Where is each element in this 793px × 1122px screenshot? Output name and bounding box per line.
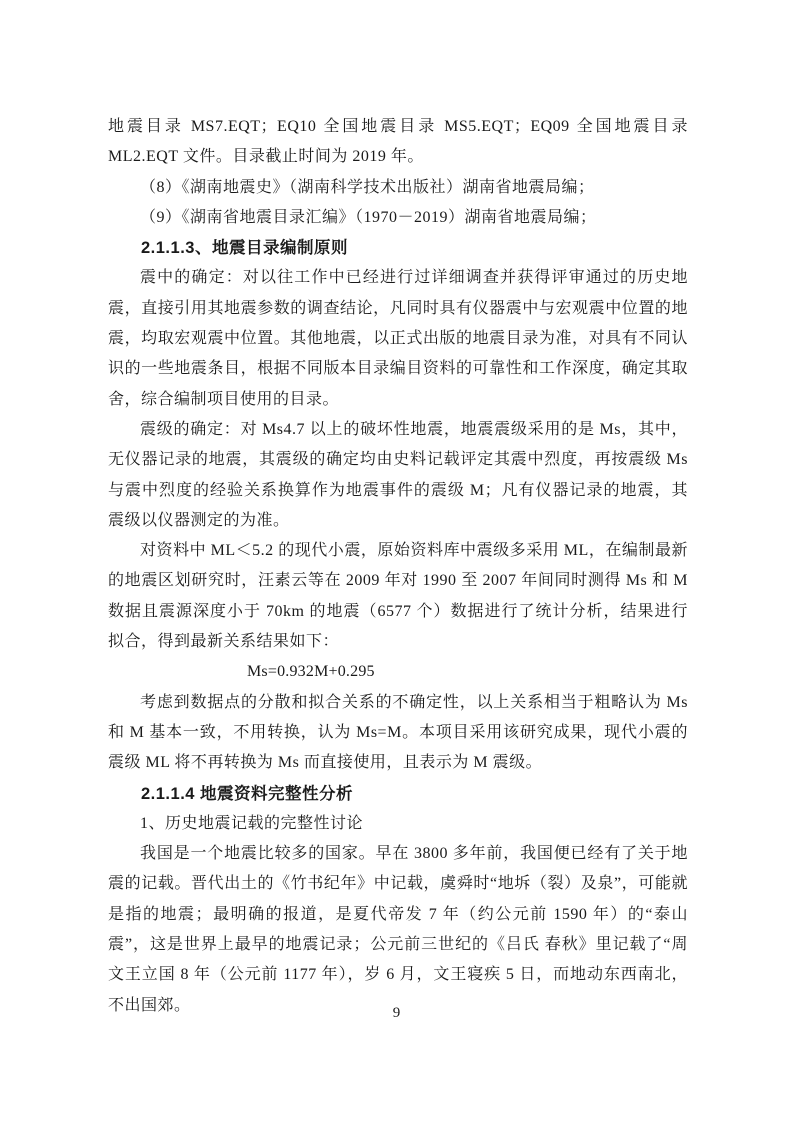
document-page: 地震目录 MS7.EQT；EQ10 全国地震目录 MS5.EQT；EQ09 全国… <box>0 0 793 1122</box>
paragraph-catalog-files: 地震目录 MS7.EQT；EQ10 全国地震目录 MS5.EQT；EQ09 全国… <box>108 112 688 173</box>
page-number: 9 <box>0 1001 793 1025</box>
paragraph-historical-earthquakes: 我国是一个地震比较多的国家。早在 3800 多年前，我国便已经有了关于地震的记载… <box>108 839 688 1021</box>
paragraph-conversion-conclusion: 考虑到数据点的分散和拟合关系的不确定性，以上关系相当于粗略认为 Ms 和 M 基… <box>108 688 688 779</box>
list-item-8: （8）《湖南地震史》（湖南科学技术出版社）湖南省地震局编； <box>108 173 688 203</box>
list-item-9: （9）《湖南省地震目录汇编》（1970－2019）湖南省地震局编； <box>108 203 688 233</box>
formula-ms-m-relation: Ms=0.932M+0.295 <box>108 657 688 687</box>
subitem-historical-records: 1、历史地震记载的完整性讨论 <box>108 809 688 839</box>
document-text-block: 地震目录 MS7.EQT；EQ10 全国地震目录 MS5.EQT；EQ09 全国… <box>108 112 688 1021</box>
section-heading-2114: 2.1.1.4 地震资料完整性分析 <box>108 779 688 809</box>
paragraph-magnitude-determination: 震级的确定：对 Ms4.7 以上的破坏性地震，地震震级采用的是 Ms，其中，无仪… <box>108 415 688 536</box>
paragraph-epicenter-determination: 震中的确定：对以往工作中已经进行过详细调查并获得评审通过的历史地震，直接引用其地… <box>108 263 688 414</box>
section-heading-2113: 2.1.1.3、地震目录编制原则 <box>108 233 688 263</box>
paragraph-ml-small-earthquakes: 对资料中 ML＜5.2 的现代小震，原始资料库中震级多采用 ML，在编制最新的地… <box>108 536 688 657</box>
